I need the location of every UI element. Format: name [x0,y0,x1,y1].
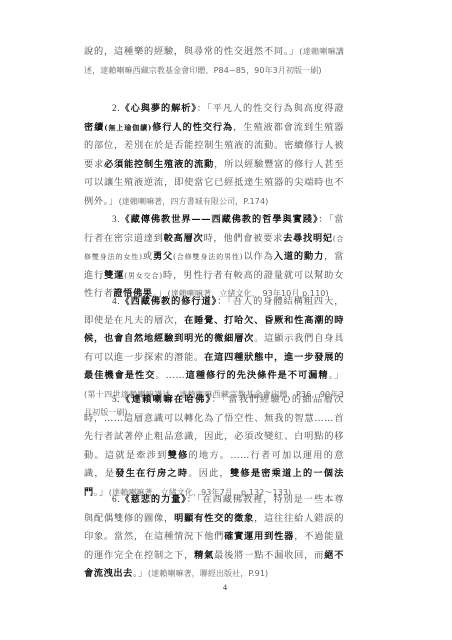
emphasized-text: 確實運用到性器 [224,531,294,542]
paragraph-quote-2: 2.《心與夢的解析》：「平凡人的性交行為與高度得證密續(無上瑜伽續)修行人的性交… [84,99,344,211]
emphasized-text: 入道的動力 [274,251,324,262]
quote-text: 。」 [329,370,344,381]
emphasized-text: 密續 [84,122,104,133]
item-number: 6. [112,494,120,504]
quote-text: 。因此， [188,468,230,479]
emphasized-text: (無上瑜伽續) [104,123,152,132]
book-title: 《慈悲的力量》 [120,494,187,505]
quote-text: 時，他們會被要求 [203,233,283,244]
book-title: 《心與夢的解析》 [120,103,197,114]
item-number: 5. [112,394,120,404]
citation-source: (達賴喇嘛著，四方書城有限公司，P.174) [119,197,269,206]
quote-text: 。…… [155,370,185,381]
paragraph-quote-3: 3.《藏傳佛教世界——西藏佛教的哲學與實踐》：「當行者在密宗道達到較高層次時，他… [84,210,344,304]
quote-text: (合修雙身法的男性) [173,253,243,261]
paragraph-quote-6: 6.《慈悲的力量》：「在西藏佛教裡，特別是一些本尊與配偶雙修的圖像，明顯有性交的… [84,490,344,584]
emphasized-text: 發生在行房之時 [115,468,188,479]
emphasized-text: 必須能控制生殖液的流動 [104,159,214,170]
page-number: 4 [223,583,227,592]
emphasized-text: 雙運 [104,270,124,281]
emphasized-text: 勇父 [153,251,173,262]
quote-text: ：「平凡人的性交行為與高度得證 [197,103,344,114]
item-number: 4. [112,296,120,306]
book-title: 《藏傳佛教世界——西藏佛教的哲學與實踐》 [120,214,318,225]
item-number: 2. [112,103,120,113]
quote-text: (男女交合) [124,272,162,280]
book-title: 《達賴喇嘛在哈佛》 [120,394,212,405]
emphasized-text: 去尋找明妃 [283,233,333,244]
book-title: 《西藏佛教的修行道》 [120,296,217,307]
document-page: 說的，這種樂的經驗，與尋常的性交迥然不同。」(達賴喇嘛講述，達賴喇嘛西藏宗教基金… [0,0,452,640]
paragraph-continuation: 說的，這種樂的經驗，與尋常的性交迥然不同。」(達賴喇嘛講述，達賴喇嘛西藏宗教基金… [84,43,344,80]
emphasized-text: 雙修 [168,450,189,461]
citation-source: (達賴喇嘛著，聯經出版社，P.91) [148,569,268,578]
emphasized-text: 明顯有性交的徵象 [174,513,254,524]
item-number: 3. [112,214,120,224]
quote-text: 說的，這種樂的經驗，與尋常的性交迥然不同。」 [84,46,299,57]
quote-text: 以作為 [243,251,274,262]
emphasized-text: 修行人的性交行為 [152,122,233,133]
emphasized-text: 精氣 [194,550,214,561]
quote-text: 或 [143,251,153,262]
quote-text: 最後將一點不漏收回，而 [214,550,324,561]
quote-text: 。」 [133,568,148,579]
emphasized-text: 較高層次 [164,233,204,244]
emphasized-text: 這種修行的先決條件是不可漏精 [185,370,328,381]
paragraph-quote-5: 5.《達賴喇嘛在哈佛》：「當我們經驗心的細品層次時，……這層意識可以轉化為了悟空… [84,390,344,502]
